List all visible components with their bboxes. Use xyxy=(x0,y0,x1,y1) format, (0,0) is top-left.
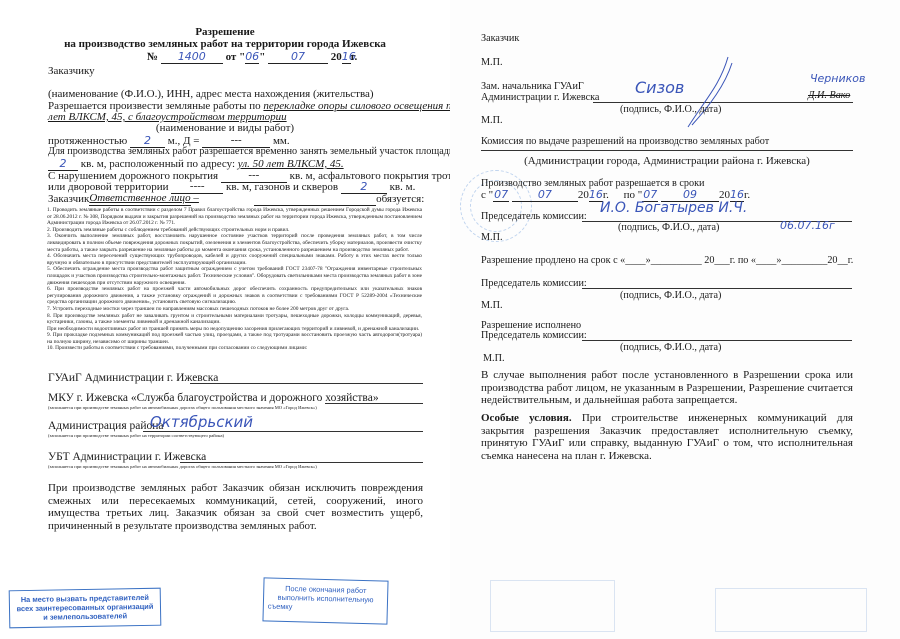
right-page: Заказчик М.П. Зам. начальника ГУАиГ Адми… xyxy=(450,0,900,639)
approval-district-note: (заполняется при производстве земляных р… xyxy=(48,433,224,439)
rule-item: 6. При производстве земляных работ на пр… xyxy=(47,286,422,306)
period-from-day[interactable]: 07 xyxy=(493,188,509,202)
mp-label: М.П. xyxy=(481,232,503,244)
chairman-signature[interactable]: И.О. Богатырев И.Ч. xyxy=(600,200,747,216)
permit-month[interactable]: 07 xyxy=(268,50,328,64)
sign-hint: (подпись, Ф.И.О., дата) xyxy=(620,290,721,302)
special-conditions: Особые условия. При строительстве инжене… xyxy=(481,412,853,462)
deputy-label-2: Администрации г. Ижевска xyxy=(481,92,599,104)
mp-label: М.П. xyxy=(481,57,503,69)
sign-hint: (подпись, Ф.И.О., дата) xyxy=(620,342,721,354)
approval-guaig-line[interactable] xyxy=(190,383,423,384)
stamp-as-built-survey: После окончания работ выполнить исполнит… xyxy=(262,577,388,624)
chairman-3-signature-line[interactable] xyxy=(582,340,852,341)
invalidity-text: В случае выполнения работ после установл… xyxy=(481,369,853,407)
deputy-name-typed: Д.И. Вако xyxy=(808,90,850,102)
approval-ubt-line[interactable] xyxy=(180,462,423,463)
rule-item: 10. Произвести работы в соответствии с т… xyxy=(47,345,422,352)
bleed-through-stamp xyxy=(715,588,867,632)
special-conditions-label: Особые условия. xyxy=(481,412,572,424)
chairman-label-2: Председатель комиссии: xyxy=(481,278,587,290)
commission-line[interactable] xyxy=(481,150,853,151)
rule-item: 7. Устроить переходные мостки через тран… xyxy=(47,306,422,313)
bleed-through-stamp xyxy=(490,580,615,632)
rule-item: 3. Окончить выполнение земляных работ, в… xyxy=(47,233,422,253)
chairman-label: Председатель комиссии: xyxy=(481,211,587,223)
chairman-label-3: Председатель комиссии: xyxy=(481,330,587,342)
obligor-value[interactable]: Ответственное лицо – xyxy=(89,192,191,206)
rule-item: 8. При производстве земляных работ не за… xyxy=(47,313,422,326)
approval-district-value[interactable]: Октябрьский xyxy=(150,413,253,431)
mp-label: М.П. xyxy=(481,300,503,312)
approval-district-line[interactable] xyxy=(143,431,423,432)
permit-day[interactable]: 06 xyxy=(245,50,259,64)
chairman-date: 06.07.16г xyxy=(780,219,835,232)
liability-text: При производстве земляных работ Заказчик… xyxy=(48,482,423,532)
approval-ubt-note: (заполняется при производстве земляных р… xyxy=(48,464,317,470)
customer-label: Заказчик xyxy=(481,33,519,45)
commission-hint: (Администрации города, Администрации рай… xyxy=(481,155,853,168)
period-from-month[interactable]: 07 xyxy=(512,188,578,202)
permit-year[interactable]: 16 xyxy=(342,50,351,64)
rule-item: 1. Проводить земляные работы в соответст… xyxy=(47,207,422,227)
permit-number[interactable]: 1400 xyxy=(161,50,223,64)
stamp-call-representatives: На место вызвать представителей всех заи… xyxy=(9,588,162,629)
mp-label: М.П. xyxy=(483,353,505,365)
extended-text[interactable]: Разрешение продлено на срок с «____»____… xyxy=(481,255,853,267)
rule-item: 5. Обеспечить ограждение места производс… xyxy=(47,266,422,286)
chairman-2-signature-line[interactable] xyxy=(582,288,852,289)
obligor-row: ЗаказчикОтветственное лицо – обязуется: xyxy=(48,192,424,206)
rules-list: 1. Проводить земляные работы в соответст… xyxy=(47,207,422,352)
approval-mku-note: (заполняется при производстве земляных р… xyxy=(48,405,317,411)
permit-number-row: № 1400 от "06" 07 2016г. xyxy=(147,50,357,64)
sign-hint: (подпись, Ф.И.О., дата) xyxy=(618,222,719,234)
left-page: Разрешение на производство земляных рабо… xyxy=(0,0,450,639)
obligor-blank[interactable] xyxy=(254,205,376,206)
rule-item: 9. При прокладке подземных коммуникаций … xyxy=(47,332,422,345)
approval-mku-line[interactable] xyxy=(325,403,423,404)
deputy-signature[interactable]: Сизов xyxy=(635,78,684,97)
deputy-name-handwritten: Черников xyxy=(810,72,866,85)
commission-label: Комиссия по выдаче разрешений на произво… xyxy=(481,136,769,148)
sign-hint: (подпись, Ф.И.О., дата) xyxy=(620,104,721,116)
mp-label: М.П. xyxy=(481,115,503,127)
signature-stroke-icon xyxy=(680,55,740,130)
rule-item: 4. Обозначить места пересечений существу… xyxy=(47,253,422,266)
customer-label: Заказчику xyxy=(48,65,95,78)
